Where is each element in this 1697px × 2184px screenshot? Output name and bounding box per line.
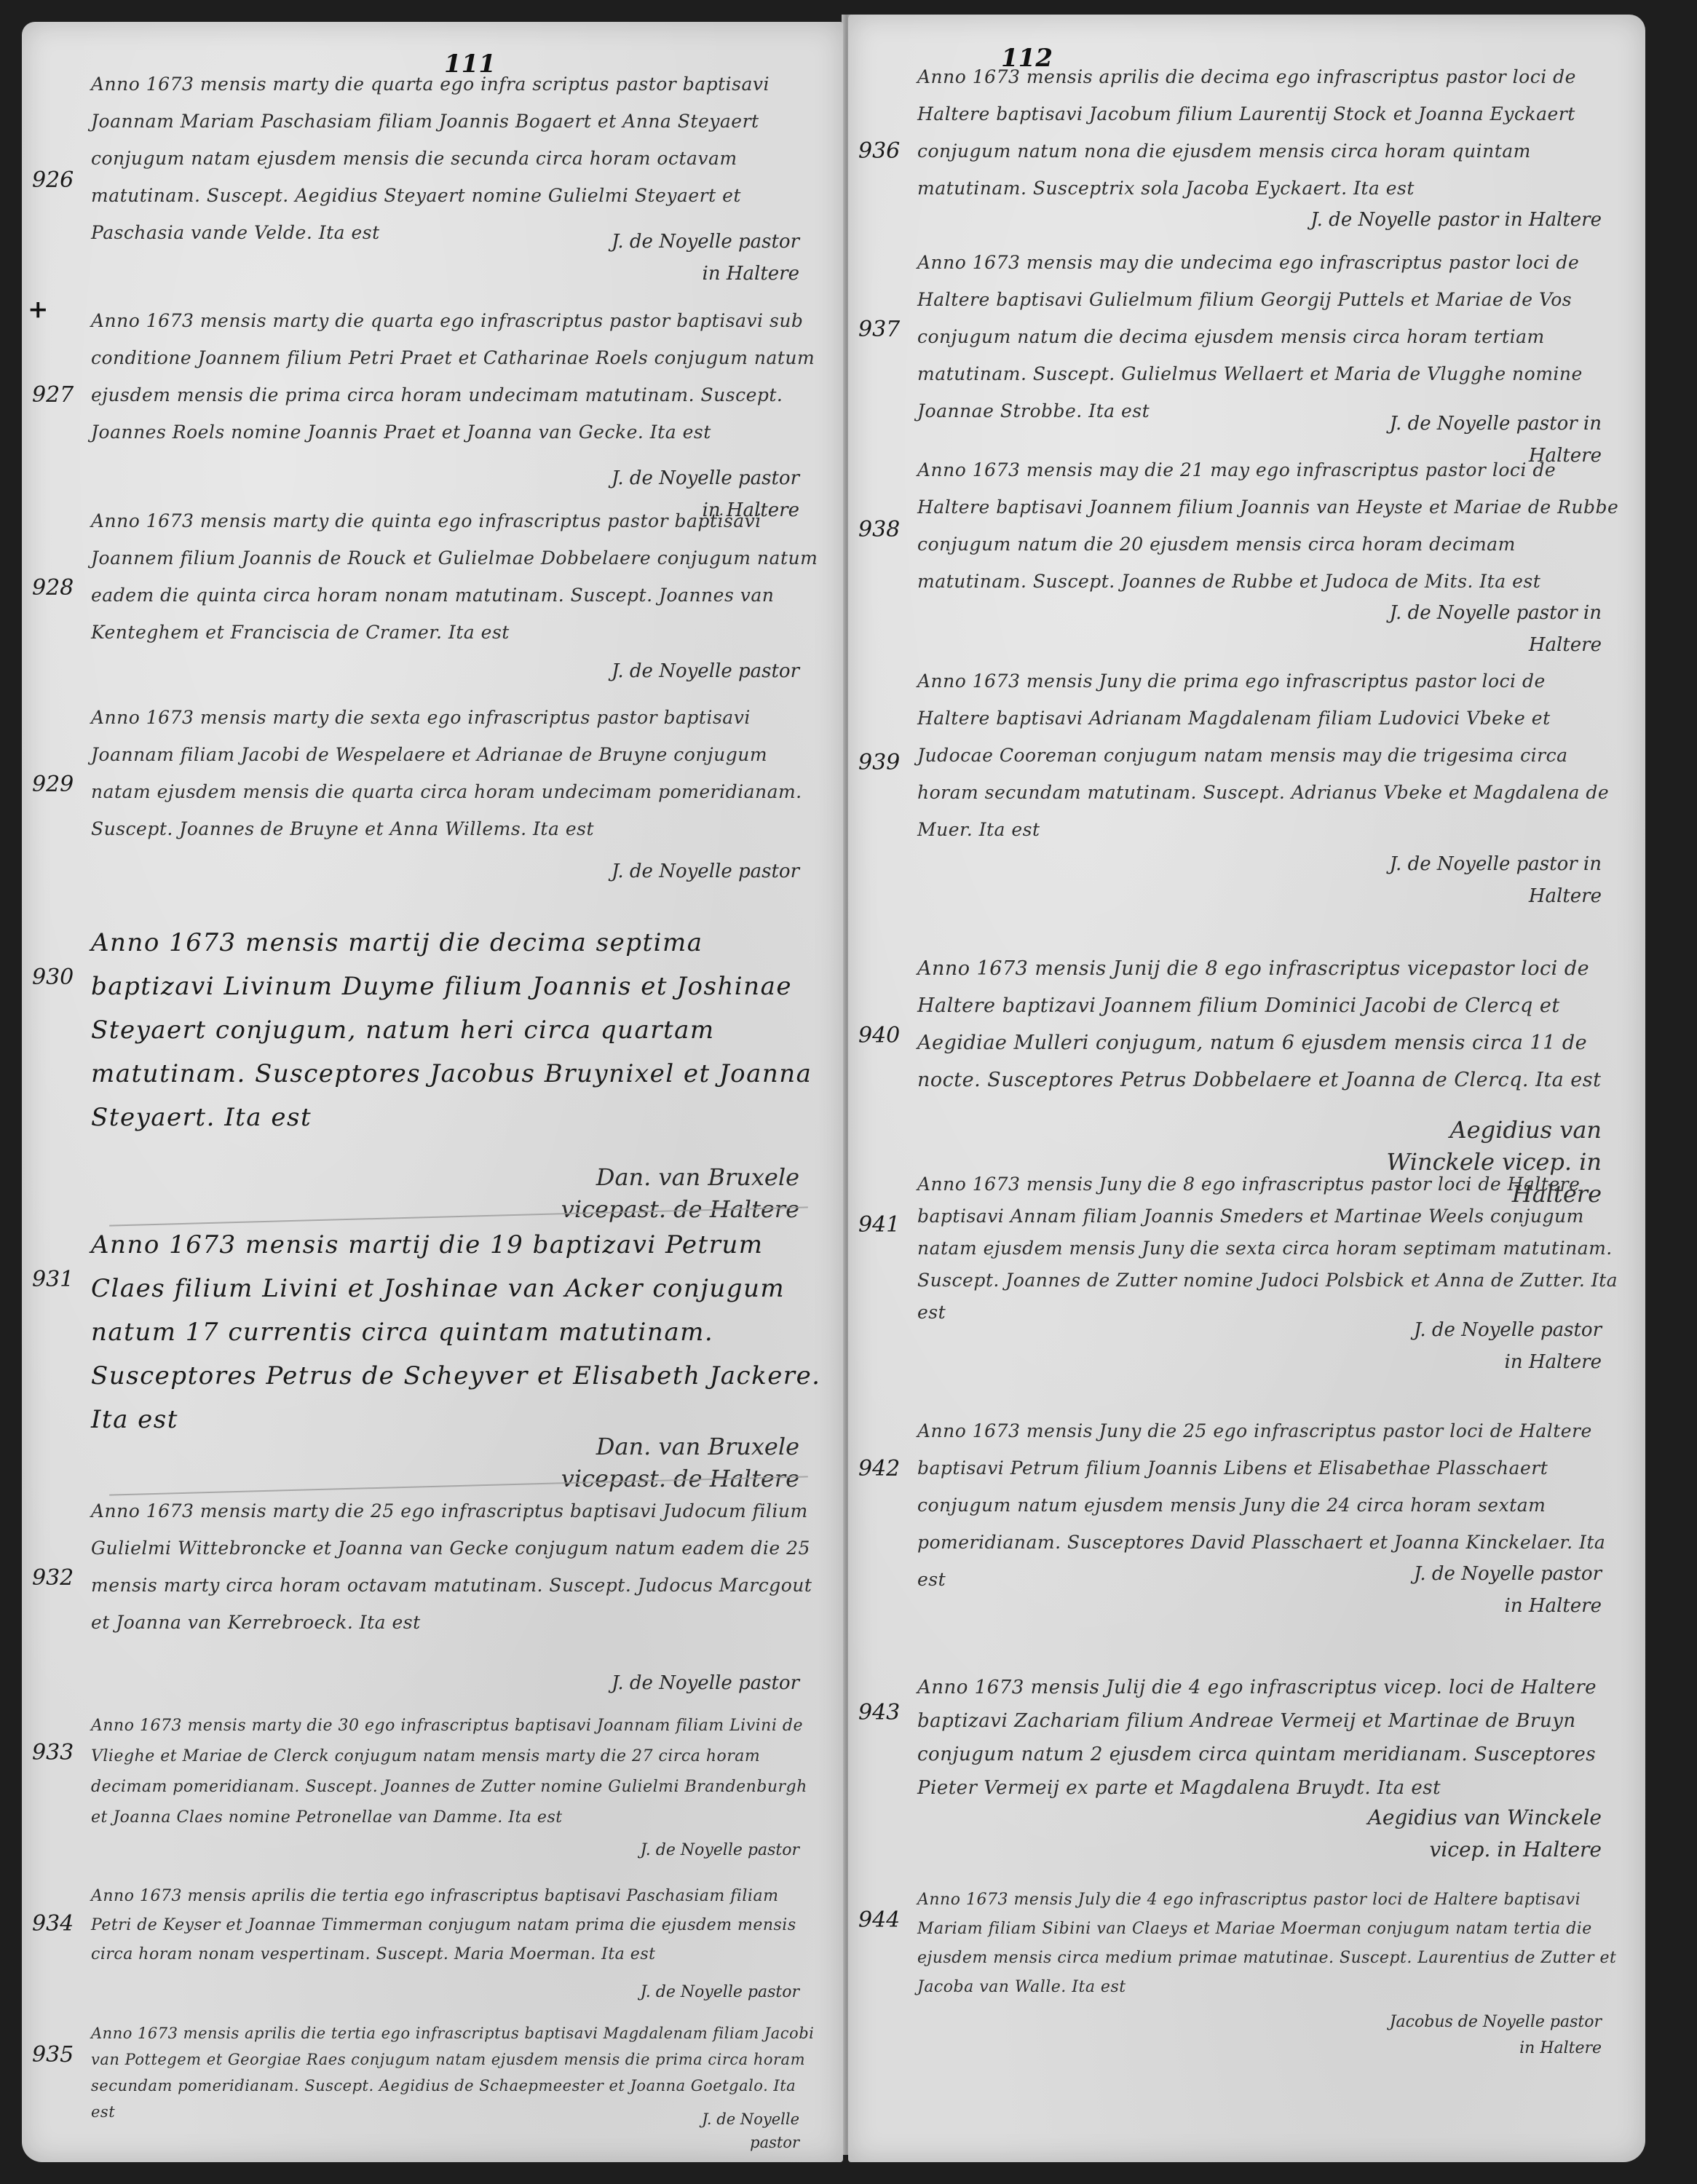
entry-number: 942	[858, 1456, 900, 1481]
entry-text: Anno 1673 mensis marty die quarta ego in…	[91, 66, 821, 251]
entry-text: Anno 1673 mensis Junij die 8 ego infrasc…	[917, 950, 1623, 1099]
entry-text: Anno 1673 mensis may die 21 may ego infr…	[917, 451, 1623, 600]
entry-signature: Dan. van Bruxele vicepast. de Haltere	[552, 1161, 799, 1225]
entry-number: 926	[32, 167, 74, 193]
entry-signature: J. de Noyelle pastor	[581, 1835, 799, 1867]
entry-text: Anno 1673 mensis Juny die prima ego infr…	[917, 662, 1623, 848]
entry-signature: J. de Noyelle pastor in Haltere	[1383, 848, 1602, 912]
entry-signature: J. de Noyelle pastor in Haltere	[1412, 1314, 1602, 1378]
entry-number: 927	[32, 382, 74, 408]
entry-signature: J. de Noyelle pastor	[581, 1977, 799, 2009]
entry-number: 932	[32, 1565, 74, 1591]
entry-text: Anno 1673 mensis marty die 30 ego infras…	[91, 1711, 821, 1833]
entry-number: 928	[32, 575, 74, 601]
entry-text: Anno 1673 mensis aprilis die decima ego …	[917, 58, 1623, 207]
entry-number: 943	[858, 1700, 900, 1725]
entry-text: Anno 1673 mensis aprilis die tertia ego …	[91, 1882, 821, 1969]
entry-number: 933	[32, 1740, 74, 1765]
entry-signature: J. de Noyelle pastor	[581, 655, 799, 687]
entry-number: 931	[32, 1267, 74, 1292]
entry-signature: Aegidius van Winckele vicep. in Haltere	[1354, 1802, 1602, 1866]
entry-text: Anno 1673 mensis marty die 25 ego infras…	[91, 1492, 821, 1641]
entry-number: 937	[858, 317, 900, 342]
entry-number: 934	[32, 1911, 74, 1936]
entry-text: Anno 1673 mensis marty die quinta ego in…	[91, 502, 821, 651]
entry-signature: J. de Noyelle pastor in Haltere	[1412, 1558, 1602, 1622]
entry-text: Anno 1673 mensis may die undecima ego in…	[917, 244, 1623, 430]
entry-text: Anno 1673 mensis July die 4 ego infrascr…	[917, 1886, 1623, 2002]
entry-signature: J. de Noyelle pastor	[654, 2108, 799, 2154]
entry-number: 930	[32, 965, 74, 990]
entry-text: Anno 1673 mensis martij die 19 baptizavi…	[91, 1223, 821, 1441]
entry-signature: J. de Noyelle pastor	[581, 855, 799, 887]
entry-text: Anno 1673 mensis martij die decima septi…	[91, 921, 821, 1139]
entry-number: 935	[32, 2042, 74, 2068]
entry-number: 929	[32, 772, 74, 797]
entry-text: Anno 1673 mensis Juny die 8 ego infrascr…	[917, 1168, 1623, 1329]
entry-number: 944	[858, 1907, 900, 1933]
entry-number: 939	[858, 750, 900, 775]
entry-signature: J. de Noyelle pastor	[581, 1667, 799, 1699]
entry-signature: Jacobus de Noyelle pastor in Haltere	[1383, 2009, 1602, 2062]
left-page: 111 + 926 Anno 1673 mensis marty die qua…	[22, 22, 843, 2162]
entry-signature: J. de Noyelle pastor in Haltere	[1383, 597, 1602, 661]
margin-cross-marker: +	[28, 295, 49, 324]
entry-signature: J. de Noyelle pastor in Haltere	[1267, 204, 1602, 236]
entry-number: 941	[858, 1212, 900, 1238]
entry-text: Anno 1673 mensis marty die quarta ego in…	[91, 302, 821, 451]
entry-text: Anno 1673 mensis marty die sexta ego inf…	[91, 699, 821, 847]
entry-text: Anno 1673 mensis Julij die 4 ego infrasc…	[917, 1671, 1623, 1805]
right-page: 112 936 Anno 1673 mensis aprilis die dec…	[848, 15, 1645, 2162]
entry-signature: J. de Noyelle pastor in Haltere	[610, 226, 799, 290]
entry-number: 940	[858, 1023, 900, 1048]
entry-number: 938	[858, 517, 900, 542]
entry-signature: Dan. van Bruxele vicepast. de Haltere	[552, 1431, 799, 1495]
entry-number: 936	[858, 138, 900, 164]
register-spread: 111 + 926 Anno 1673 mensis marty die qua…	[0, 0, 1697, 2184]
